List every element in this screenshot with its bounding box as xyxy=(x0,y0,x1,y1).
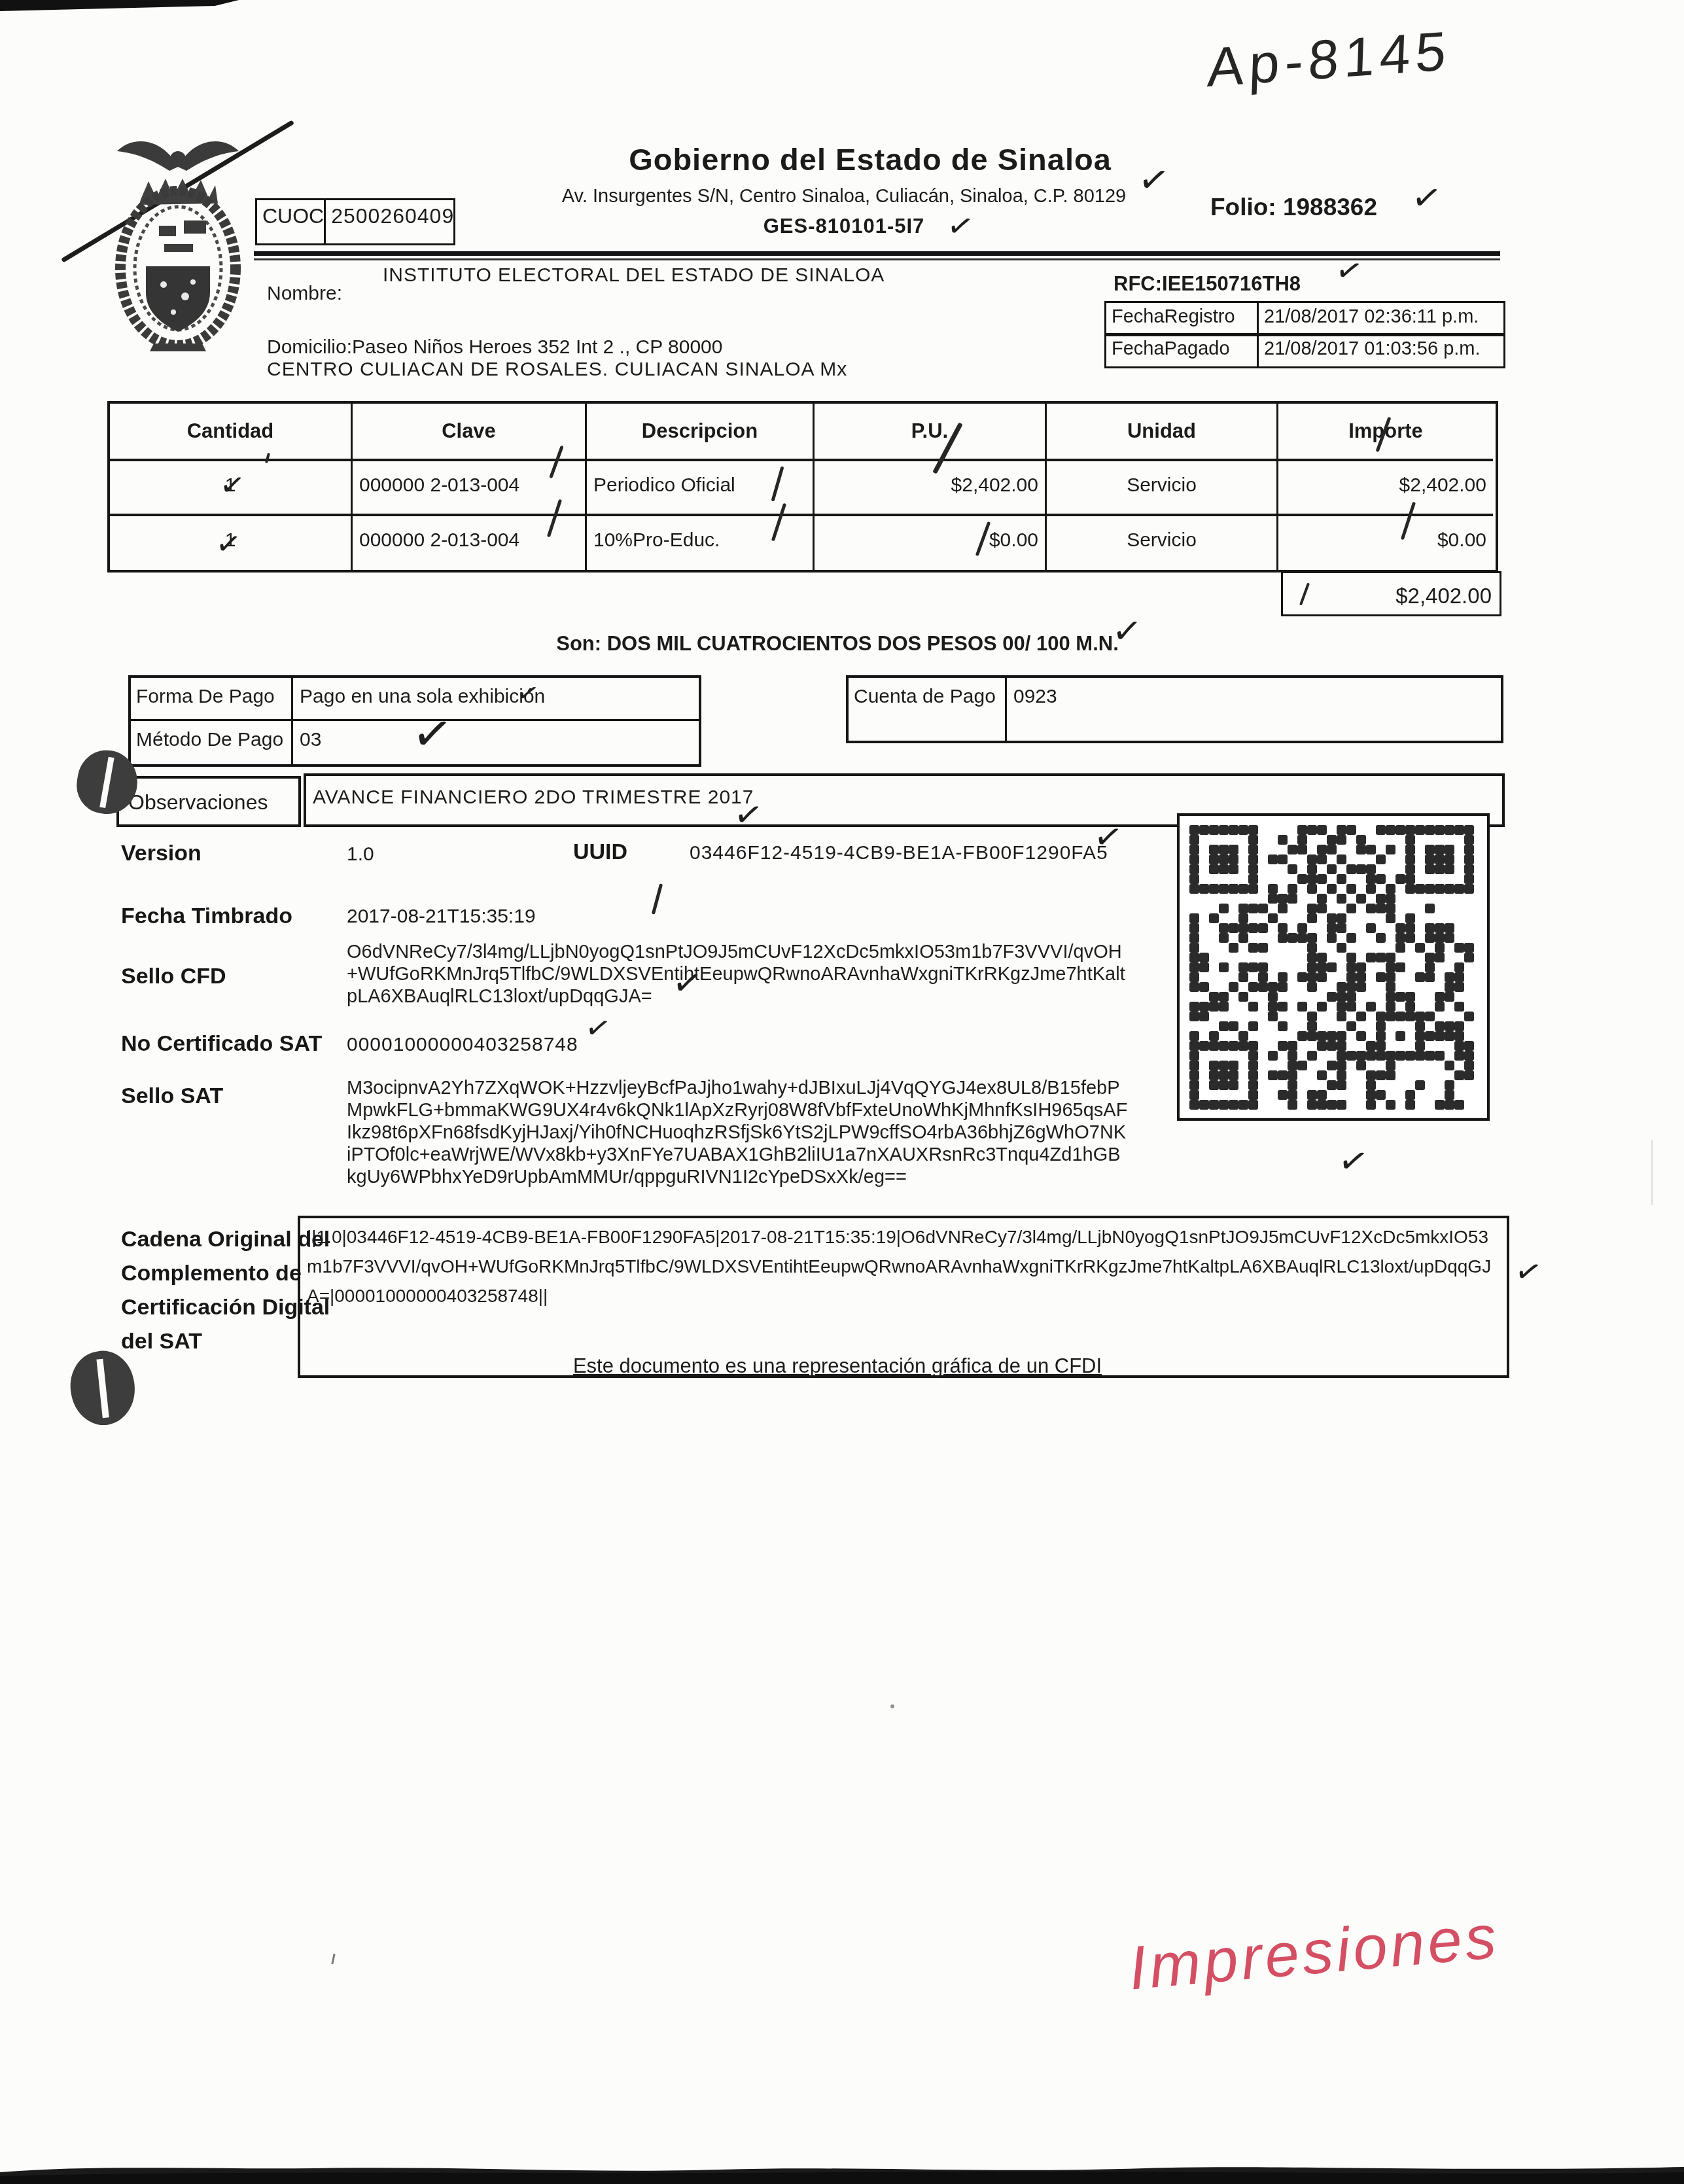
scan-line-artifact xyxy=(1651,1140,1653,1205)
scan-tick-artifact xyxy=(331,1954,335,1964)
header-divider-thick xyxy=(254,251,1500,256)
sello-cfd-label: Sello CFD xyxy=(121,964,226,989)
cuoc-label: CUOC xyxy=(257,200,326,243)
nombre-label: Nombre: xyxy=(267,283,342,305)
fecha-timbrado-label: Fecha Timbrado xyxy=(121,904,292,929)
payment-account-box: Cuenta de Pago 0923 xyxy=(846,675,1503,743)
handwritten-annotation-bottom: Impresiones xyxy=(1126,1901,1501,2003)
items-table: Cantidad Clave Descripcion P.U. Unidad I… xyxy=(107,401,1498,572)
fecha-timbrado-value: 2017-08-21T15:35:19 xyxy=(347,906,536,928)
document-title: Gobierno del Estado de Sinaloa xyxy=(589,141,1151,177)
row2-unidad: Servicio xyxy=(1047,516,1278,570)
pen-checkmark: ✓ xyxy=(583,1010,614,1045)
pen-checkmark: ✓ xyxy=(1110,612,1144,650)
customer-address-line1: Domicilio:Paseo Niños Heroes 352 Int 2 .… xyxy=(267,336,723,359)
pen-checkmark: ✓ xyxy=(1335,1141,1371,1182)
cuenta-de-pago-value: 0923 xyxy=(1007,678,1501,741)
fecha-pagado-row: FechaPagado 21/08/2017 01:03:56 p.m. xyxy=(1104,333,1505,368)
forma-de-pago-value: Pago en una sola exhibición xyxy=(293,678,699,719)
col-header-clave: Clave xyxy=(353,404,587,461)
row2-descripcion: 10%Pro-Educ. xyxy=(587,516,815,570)
no-certificado-sat-value: 00001000000403258748 xyxy=(347,1034,578,1056)
pen-checkmark: ✓ xyxy=(218,468,247,502)
pen-checkmark: ✓ xyxy=(670,963,705,1003)
scanner-edge-artifact-top xyxy=(0,0,239,13)
cuenta-de-pago-label: Cuenta de Pago xyxy=(849,678,1007,741)
pen-checkmark: ✓ xyxy=(1409,178,1445,218)
row2-pu: $0.00 xyxy=(815,516,1047,570)
pen-checkmark: ✓ xyxy=(409,707,456,761)
cadena-original-box: ||1.0|03446F12-4519-4CB9-BE1A-FB00F1290F… xyxy=(298,1216,1509,1378)
metodo-de-pago-label: Método De Pago xyxy=(131,721,293,764)
cfdi-footer-note: Este documento es una representación grá… xyxy=(458,1354,1217,1378)
uuid-value: 03446F12-4519-4CB9-BE1A-FB00F1290FA5 xyxy=(690,842,1108,864)
cadena-original-value: ||1.0|03446F12-4519-4CB9-BE1A-FB00F1290F… xyxy=(300,1218,1507,1314)
cuoc-value: 2500260409 xyxy=(326,200,454,243)
issuer-address: Av. Insurgentes S/N, Centro Sinaloa, Cul… xyxy=(536,186,1151,207)
col-header-unidad: Unidad xyxy=(1047,404,1278,461)
row1-pu: $2,402.00 xyxy=(815,461,1047,516)
amount-in-words: Son: DOS MIL CUATROCIENTOS DOS PESOS 00/… xyxy=(458,632,1217,656)
col-header-descripcion: Descripcion xyxy=(587,404,815,461)
total-amount-box: $2,402.00 xyxy=(1281,571,1501,616)
fecha-pagado-label: FechaPagado xyxy=(1106,335,1259,366)
pen-checkmark: ✓ xyxy=(1091,819,1125,857)
scan-dot-artifact xyxy=(890,1704,894,1708)
sello-cfd-value: O6dVNReCy7/3l4mg/LLjbN0yogQ1snPtJO9J5mCU… xyxy=(347,941,1129,1008)
version-label: Version xyxy=(121,841,202,866)
customer-address-line2: CENTRO CULIACAN DE ROSALES. CULIACAN SIN… xyxy=(267,359,847,381)
version-value: 1.0 xyxy=(347,843,374,866)
folio-number: Folio: 1988362 xyxy=(1210,194,1377,221)
header-divider-thin xyxy=(254,258,1500,260)
fecha-registro-value: 21/08/2017 02:36:11 p.m. xyxy=(1259,303,1503,334)
no-certificado-sat-label: No Certificado SAT xyxy=(121,1031,322,1057)
pen-slash-mark xyxy=(652,883,663,915)
pen-checkmark: ✓ xyxy=(731,796,765,835)
scanner-edge-artifact-bottom xyxy=(0,2150,1684,2184)
pen-checkmark: ✓ xyxy=(944,208,976,244)
sello-sat-value: M3ocipnvA2Yh7ZXqWOK+HzzvljeyBcfPaJjho1wa… xyxy=(347,1077,1129,1188)
fecha-registro-row: FechaRegistro 21/08/2017 02:36:11 p.m. xyxy=(1104,301,1505,336)
qr-code xyxy=(1177,813,1490,1121)
metodo-de-pago-value: 03 xyxy=(293,721,699,764)
fecha-registro-label: FechaRegistro xyxy=(1106,303,1259,334)
issuer-tax-id: GES-810101-5I7 xyxy=(563,215,1125,238)
observaciones-label: Observaciones xyxy=(116,776,301,827)
fecha-pagado-value: 21/08/2017 01:03:56 p.m. xyxy=(1259,335,1503,366)
pen-checkmark: ✓ xyxy=(214,527,243,561)
forma-de-pago-label: Forma De Pago xyxy=(131,678,293,719)
pen-checkmark: ✓ xyxy=(1135,160,1172,201)
row2-importe: $0.00 xyxy=(1278,516,1493,570)
customer-name: INSTITUTO ELECTORAL DEL ESTADO DE SINALO… xyxy=(383,264,885,287)
cuoc-box: CUOC 2500260409 xyxy=(255,198,455,245)
customer-rfc: RFC:IEE150716TH8 xyxy=(1114,272,1301,296)
col-header-pu: P.U. xyxy=(815,404,1047,461)
uuid-label: UUID xyxy=(573,839,627,865)
row1-importe: $2,402.00 xyxy=(1278,461,1493,516)
sello-sat-label: Sello SAT xyxy=(121,1083,223,1109)
scanned-invoice-page: Ap-8145 CUOC 2500260409 Gobierno del Est… xyxy=(0,0,1684,2184)
col-header-cantidad: Cantidad xyxy=(110,404,353,461)
pen-checkmark: ✓ xyxy=(1512,1254,1545,1290)
handwritten-annotation-top: Ap-8145 xyxy=(1206,19,1452,100)
row1-unidad: Servicio xyxy=(1047,461,1278,516)
state-seal-logo xyxy=(108,128,249,353)
